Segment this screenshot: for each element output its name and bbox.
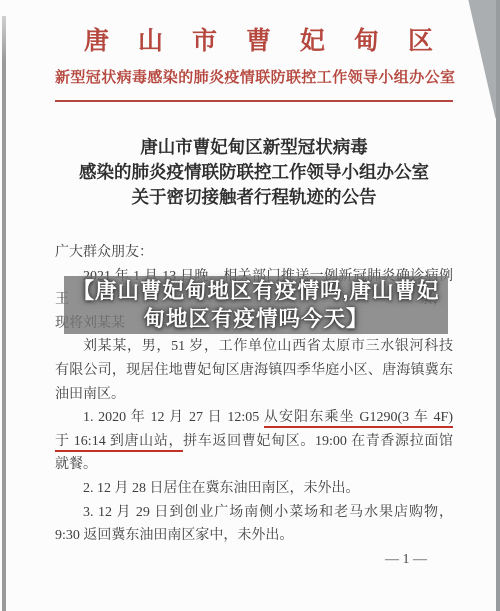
profile-line-3: 油田南区。: [55, 383, 453, 407]
letterhead: 唐山市曹妃甸区 新型冠状病毒感染的肺炎疫情联防联控工作领导小组办公室: [55, 0, 453, 102]
doc-title-line2: 感染的肺炎疫情联防联控工作领导小组办公室: [55, 160, 453, 185]
item1-underlined-arrival: 于 16:14 到唐山站，: [55, 434, 183, 452]
item1-rest-text: 拼车返回曹妃甸区。19:00 在青香源拉面馆: [183, 434, 453, 449]
profile-line-2: 有限公司，现居住地曹妃甸区唐海镇四季华庭小区、唐海镇冀东: [55, 359, 453, 383]
salutation-line: 广大群众朋友：: [55, 241, 453, 265]
itinerary-item-1-line-3: 就餐。: [55, 453, 453, 477]
item1-date-text: 1. 2020 年 12 月 27 日 12:05: [83, 410, 264, 425]
org-name-line1: 唐山市曹妃甸区: [55, 21, 453, 57]
caption-line-2: 甸地区有疫情吗今天】: [64, 305, 448, 333]
itinerary-item-3-line-2: 9:30 返回冀东油田南区家中，未外出。: [55, 524, 453, 548]
org-name-line2: 新型冠状病毒感染的肺炎疫情联防联控工作领导小组办公室: [55, 66, 453, 87]
doc-title: 唐山市曹妃甸区新型冠状病毒 感染的肺炎疫情联防联控工作领导小组办公室 关于密切接…: [55, 135, 453, 210]
letterhead-divider: [55, 100, 453, 102]
itinerary-item-1-line-1: 1. 2020 年 12 月 27 日 12:05 从安阳东乘坐 G1290(3…: [55, 406, 453, 430]
itinerary-item-2: 2. 12 月 28 日居住在冀东油田南区，未外出。: [55, 477, 453, 501]
itinerary-item-1-line-2: 于 16:14 到唐山站，拼车返回曹妃甸区。19:00 在青香源拉面馆: [55, 430, 453, 454]
doc-title-line1: 唐山市曹妃甸区新型冠状病毒: [55, 135, 453, 160]
caption-overlay: 【唐山曹妃甸地区有疫情吗,唐山曹妃 甸地区有疫情吗今天】: [64, 276, 448, 334]
document-photo: 唐山市曹妃甸区 新型冠状病毒感染的肺炎疫情联防联控工作领导小组办公室 唐山市曹妃…: [0, 0, 500, 611]
photo-left-edge-shadow: [2, 16, 6, 611]
caption-line-1: 【唐山曹妃甸地区有疫情吗,唐山曹妃: [64, 277, 448, 305]
item1-underlined-train: 从安阳东乘坐 G1290(3 车 4F): [264, 410, 453, 428]
photo-right-edge-shadow: [496, 0, 500, 611]
page-number: — 1 —: [55, 548, 453, 572]
itinerary-item-3-line-1: 3. 12 月 29 日到创业广场南侧小菜场和老马水果店购物，: [55, 501, 453, 525]
profile-line-1: 刘某某，男，51 岁，工作单位山西省太原市三水银河科技: [55, 335, 453, 359]
doc-title-line3: 关于密切接触者行程轨迹的公告: [55, 185, 453, 210]
